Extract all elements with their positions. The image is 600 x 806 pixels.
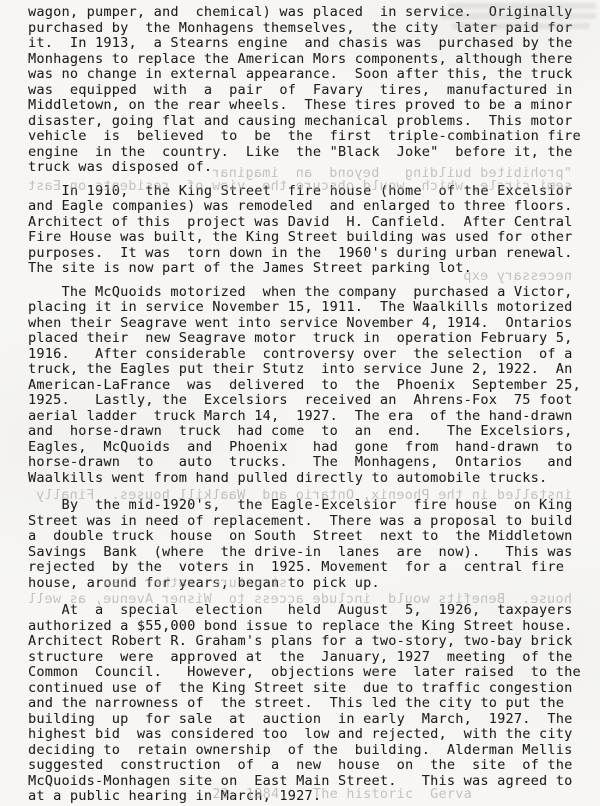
text-line: At a special election held August 5, 192…	[28, 603, 572, 619]
text-line: authorized a $55,000 bond issue to repla…	[28, 619, 572, 635]
text-line: when their Seagrave went into service No…	[28, 316, 572, 332]
text-line: deciding to retain ownership of the buil…	[28, 743, 572, 759]
text-line: truck, the Eagles put their Stutz into s…	[28, 362, 572, 378]
paragraph: wagon, pumper, and chemical) was placed …	[28, 5, 572, 176]
text-line: a double truck house on South Street nex…	[28, 529, 572, 545]
text-line: disaster, going flat and causing mechani…	[28, 114, 572, 130]
text-line: Monhagens to replace the American Mors c…	[28, 52, 572, 68]
text-line: American-LaFrance was delivered to the P…	[28, 378, 572, 394]
bleed-artifact-top-right	[448, 3, 596, 9]
paragraph: In 1910, the King Street fire house (hom…	[28, 184, 572, 277]
text-line: Middletown, on the rear wheels. These ti…	[28, 98, 572, 114]
text-line: rejected by the voters in 1925. Movement…	[28, 560, 572, 576]
text-line: and horse-drawn truck had come to an end…	[28, 424, 572, 440]
text-line: was equipped with a pair of Favary tires…	[28, 83, 572, 99]
text-line: Architect Robert R. Graham's plans for a…	[28, 634, 572, 650]
text-line: building up for sale at auction in early…	[28, 712, 572, 728]
text-line: The McQuoids motorized when the company …	[28, 285, 572, 301]
text-line: Eagles, McQuoids and Phoenix had gone fr…	[28, 440, 572, 456]
paragraph: By the mid-1920's, the Eagle-Excelsior f…	[28, 498, 572, 591]
document-page: wagon, pumper, and chemical) was placed …	[0, 0, 600, 806]
paragraph: The McQuoids motorized when the company …	[28, 285, 572, 487]
bleed-artifact-top-right	[452, 23, 590, 29]
text-line: continued use of the King Street site du…	[28, 681, 572, 697]
text-line: Waalkills went from hand pulled directly…	[28, 471, 572, 487]
bleed-artifact-top-right	[440, 13, 596, 19]
scanned-document-page: { "page": { "background_color": "#f7f6f2…	[0, 0, 600, 806]
text-line: placing it in service November 15, 1911.…	[28, 300, 572, 316]
text-line: vehicle is believed to be the first trip…	[28, 129, 572, 145]
text-line: Street was in need of replacement. There…	[28, 514, 572, 530]
text-line: The site is now part of the James Street…	[28, 261, 572, 277]
text-line: purposes. It was torn down in the 1960's…	[28, 246, 572, 262]
text-line: and Eagle companies) was remodeled and e…	[28, 199, 572, 215]
text-line: Savings Bank (where the drive-in lanes a…	[28, 545, 572, 561]
text-line: In 1910, the King Street fire house (hom…	[28, 184, 572, 200]
text-line: placed their new Seagrave motor truck in…	[28, 331, 572, 347]
text-line: highest bid was considered too low and r…	[28, 727, 572, 743]
text-line: Common Council. However, objections were…	[28, 665, 572, 681]
text-line: it. In 1913, a Stearns engine and chasis…	[28, 36, 572, 52]
text-line: By the mid-1920's, the Eagle-Excelsior f…	[28, 498, 572, 514]
text-line: 1925. Lastly, the Excelsiors received an…	[28, 393, 572, 409]
text-line: aerial ladder truck March 14, 1927. The …	[28, 409, 572, 425]
text-line: at a public hearing in March, 1927.	[28, 789, 572, 805]
text-line: suggested construction of a new house on…	[28, 758, 572, 774]
text-line: truck was disposed of.	[28, 160, 572, 176]
text-line: engine in the country. Like the "Black J…	[28, 145, 572, 161]
text-line: structure were approved at the January, …	[28, 650, 572, 666]
text-line: and the narrowness of the street. This l…	[28, 696, 572, 712]
paragraph: At a special election held August 5, 192…	[28, 603, 572, 805]
text-line: 1916. After considerable controversy ove…	[28, 347, 572, 363]
text-line: was no change in external appearance. So…	[28, 67, 572, 83]
text-line: horse-drawn to auto trucks. The Monhagen…	[28, 455, 572, 471]
text-line: Fire House was built, the King Street bu…	[28, 230, 572, 246]
text-line: house, around for years, began to pick u…	[28, 576, 572, 592]
text-line: Architect of this project was David H. C…	[28, 215, 572, 231]
text-line: McQuoids-Monhagen site on East Main Stre…	[28, 774, 572, 790]
document-body: wagon, pumper, and chemical) was placed …	[28, 5, 572, 805]
